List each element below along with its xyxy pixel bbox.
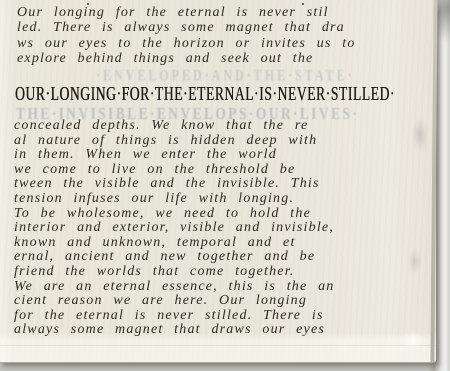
script-line: always some magnet that draws our eyes [14, 323, 335, 338]
script-line: we come to live on the threshold be [14, 163, 335, 178]
manuscript-page: Our longing for the eternal is never sti… [0, 0, 436, 363]
script-line: ernal, ancient and new together and be [14, 250, 335, 265]
opening-paragraph: Our longing for the eternal is never sti… [17, 5, 356, 66]
script-line: known and unknown, temporal and et [14, 236, 335, 251]
photo-background: Our longing for the eternal is never sti… [0, 0, 450, 371]
script-line: concealed depths. We know that the re [14, 119, 335, 134]
script-line: led. There is always some magnet that dr… [17, 20, 356, 35]
script-line: tension infuses our life with longing. [14, 192, 335, 207]
script-line: interior and exterior, visible and invis… [14, 221, 335, 236]
ink-speck [302, 3, 304, 5]
script-line: for the eternal is never stilled. There … [14, 309, 335, 324]
paper-smudge [408, 248, 422, 274]
ink-speck [87, 3, 89, 5]
script-line: ws our eyes to the horizon or invites us… [17, 36, 356, 51]
main-paragraph: concealed depths. We know that the re al… [14, 119, 335, 338]
script-line: To be wholesome, we need to hold the [14, 207, 335, 222]
paper-smudge [412, 118, 428, 152]
bleed-through-text-upper: ·ENVELOPED·AND·THE·STATE· [96, 66, 355, 86]
script-line: tween the visible and the invisible. Thi… [14, 177, 335, 192]
script-line: cient reason we are here. Our longing [14, 294, 335, 309]
script-line: Our longing for the eternal is never sti… [17, 5, 356, 20]
script-line: explore behind things and seek out the [17, 51, 356, 66]
script-line: al nature of things is hidden deep with [14, 134, 335, 149]
script-line: We are an eternal essence, this is the a… [14, 280, 335, 295]
script-line: friend the worlds that come together. [14, 265, 335, 280]
script-line: in them. When we enter the world [14, 148, 335, 163]
paper-crease [0, 345, 436, 346]
